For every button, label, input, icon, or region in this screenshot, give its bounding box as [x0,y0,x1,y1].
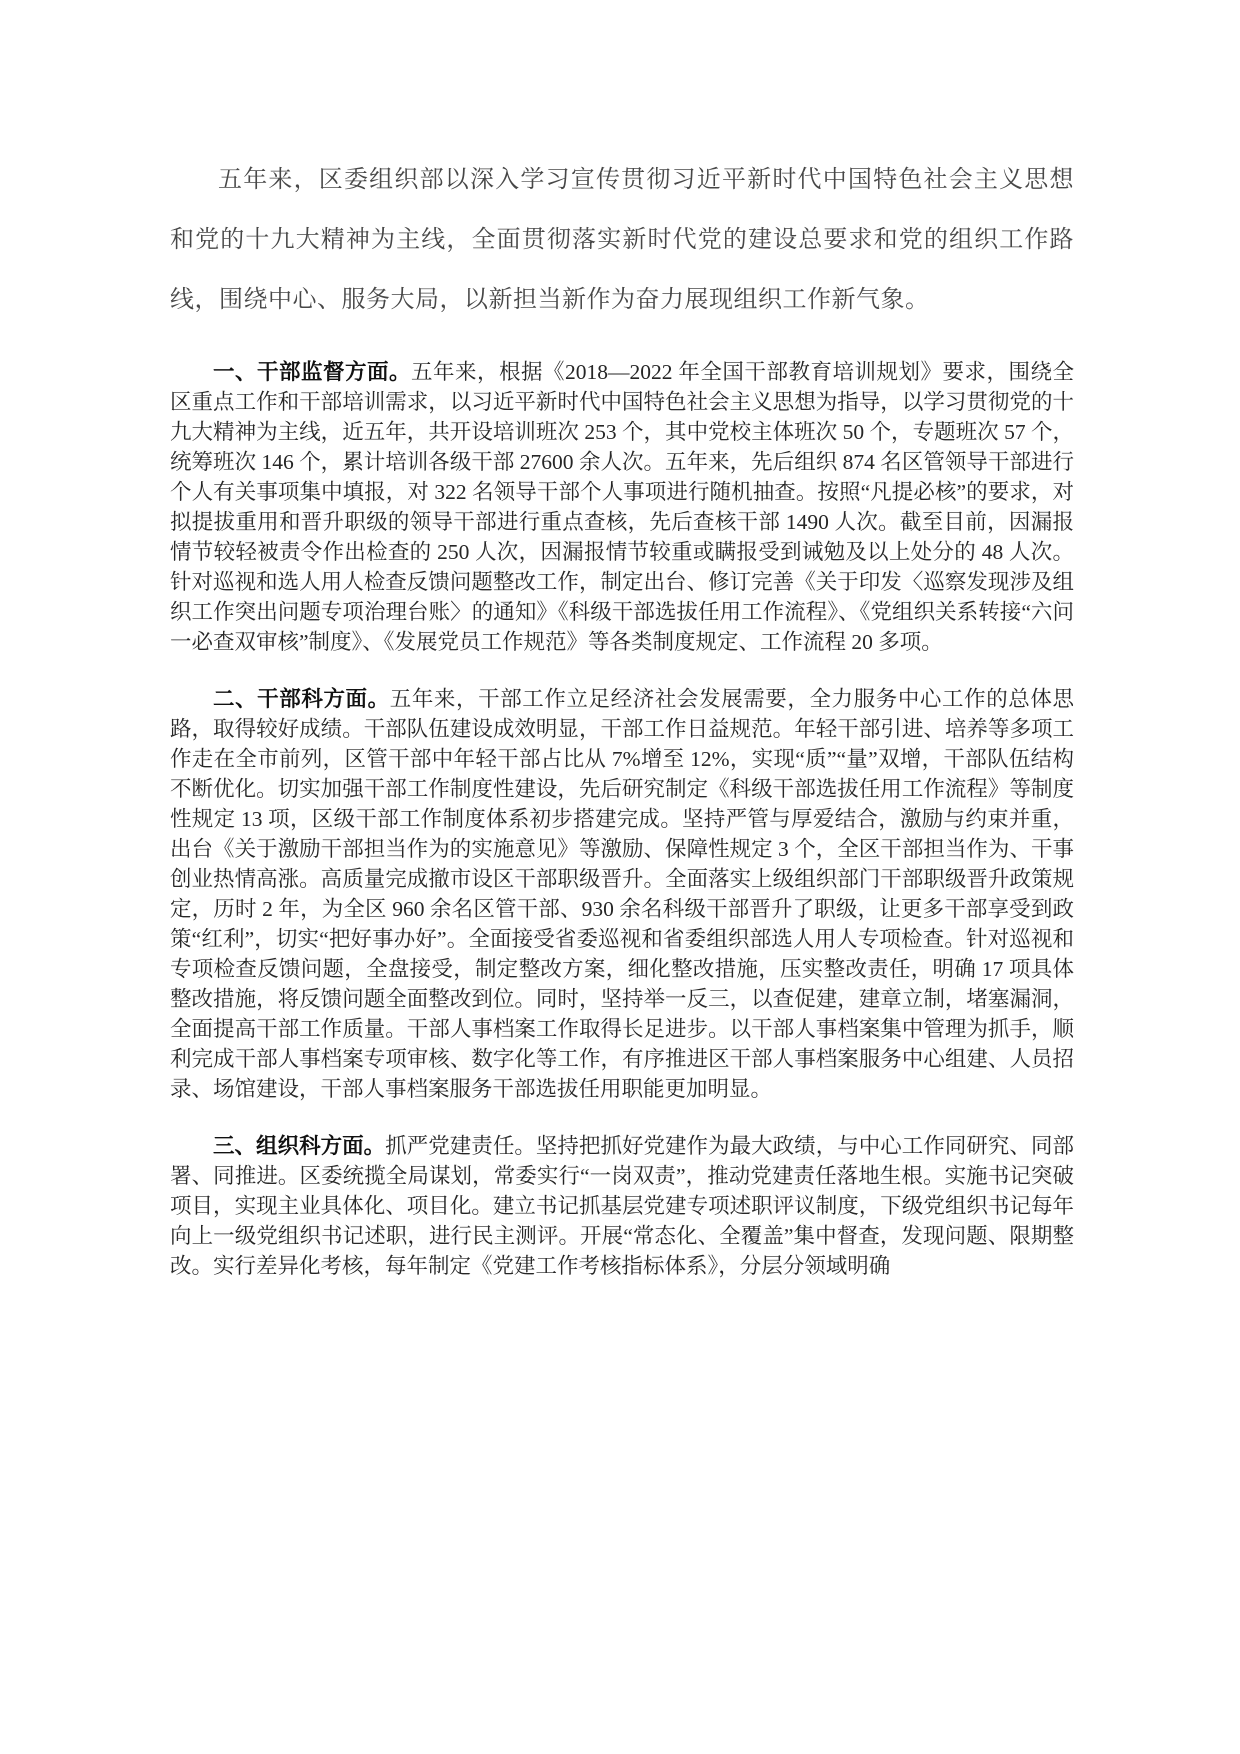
section-paragraph-3: 三、组织科方面。抓严党建责任。坚持把抓好党建作为最大政绩，与中心工作同研究、同部… [170,1131,1074,1281]
section-3-heading: 三、组织科方面。 [213,1134,385,1158]
section-paragraph-1: 一、干部监督方面。五年来，根据《2018—2022 年全国干部教育培训规划》要求… [170,357,1074,657]
section-1-heading: 一、干部监督方面。 [213,360,411,384]
section-paragraph-2: 二、干部科方面。五年来，干部工作立足经济社会发展需要，全力服务中心工作的总体思路… [170,684,1074,1104]
section-2-body: 五年来，干部工作立足经济社会发展需要，全力服务中心工作的总体思路，取得较好成绩。… [170,687,1074,1101]
document-page: 五年来，区委组织部以深入学习宣传贯彻习近平新时代中国特色社会主义思想和党的十九大… [0,0,1240,1754]
section-2-heading: 二、干部科方面。 [213,687,390,711]
intro-paragraph: 五年来，区委组织部以深入学习宣传贯彻习近平新时代中国特色社会主义思想和党的十九大… [170,150,1074,330]
section-1-body: 五年来，根据《2018—2022 年全国干部教育培训规划》要求，围绕全区重点工作… [170,360,1074,654]
